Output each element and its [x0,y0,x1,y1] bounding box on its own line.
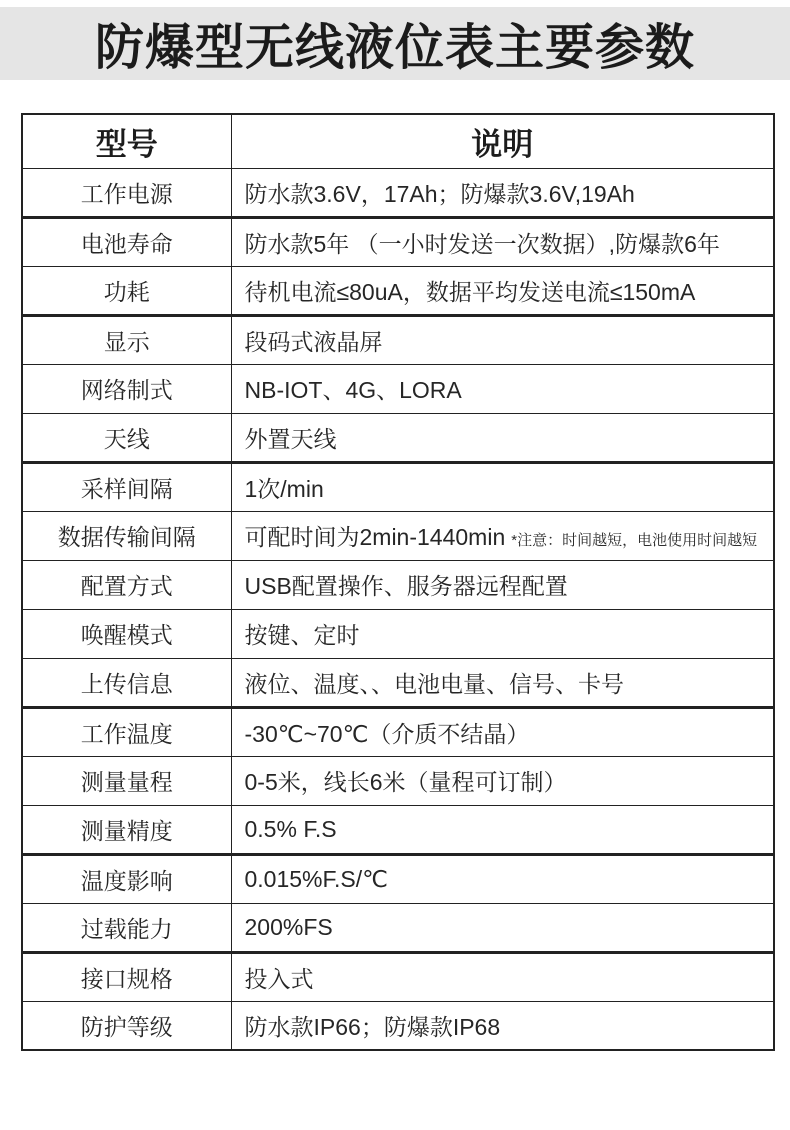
table-row: 网络制式NB-IOT、4G、LORA [22,364,774,413]
spec-label: 数据传输间隔 [22,511,231,560]
spec-label: 工作电源 [22,168,231,217]
header-row: 型号 说明 [22,114,774,168]
spec-label: 接口规格 [22,952,231,1001]
spec-value-cell: 0.015%F.S/℃ [231,854,774,903]
spec-label: 防护等级 [22,1001,231,1050]
spec-value: 按键、定时 [245,622,360,648]
spec-table: 型号 说明 工作电源防水款3.6V，17Ah；防爆款3.6V,19Ah电池寿命防… [21,113,775,1051]
spec-value-cell: 液位、温度、、电池电量、信号、卡号 [231,658,774,707]
spec-value: 段码式液晶屏 [245,329,383,355]
spec-value-cell: 按键、定时 [231,609,774,658]
spec-label: 显示 [22,315,231,364]
spec-label: 电池寿命 [22,217,231,266]
spec-value-cell: 外置天线 [231,413,774,462]
spec-value-cell: 防水款IP66；防爆款IP68 [231,1001,774,1050]
table-row: 测量量程0-5米，线长6米（量程可订制） [22,756,774,805]
spec-value-cell: 200%FS [231,903,774,952]
spec-label: 测量精度 [22,805,231,854]
table-row: 显示段码式液晶屏 [22,315,774,364]
spec-label: 采样间隔 [22,462,231,511]
spec-value: 0-5米，线长6米（量程可订制） [245,769,567,795]
spec-value: 防水款IP66；防爆款IP68 [245,1014,501,1040]
page-title: 防爆型无线液位表主要参数 [95,9,695,79]
table-row: 温度影响0.015%F.S/℃ [22,854,774,903]
spec-value-cell: 防水款5年 （一小时发送一次数据）,防爆款6年 [231,217,774,266]
spec-table-body: 工作电源防水款3.6V，17Ah；防爆款3.6V,19Ah电池寿命防水款5年 （… [22,168,774,1050]
table-row: 工作电源防水款3.6V，17Ah；防爆款3.6V,19Ah [22,168,774,217]
table-row: 数据传输间隔可配时间为2min-1440min*注意：时间越短，电池使用时间越短 [22,511,774,560]
spec-value: 1次/min [245,476,324,502]
spec-label: 天线 [22,413,231,462]
spec-value: 液位、温度、、电池电量、信号、卡号 [245,671,625,697]
spec-value: 0.015%F.S/℃ [245,866,388,892]
spec-label: 配置方式 [22,560,231,609]
spec-value-cell: 0.5% F.S [231,805,774,854]
spec-value-cell: USB配置操作、服务器远程配置 [231,560,774,609]
table-row: 防护等级防水款IP66；防爆款IP68 [22,1001,774,1050]
spec-value-cell: 投入式 [231,952,774,1001]
spec-value: 外置天线 [245,426,337,452]
spec-label: 功耗 [22,266,231,315]
spec-table-header: 型号 说明 [22,114,774,168]
spec-value: 200%FS [245,914,333,940]
table-row: 采样间隔1次/min [22,462,774,511]
column-header-description: 说明 [231,114,774,168]
spec-value: NB-IOT、4G、LORA [245,377,462,403]
table-row: 天线外置天线 [22,413,774,462]
title-banner: 防爆型无线液位表主要参数 [0,7,790,80]
spec-value-cell: NB-IOT、4G、LORA [231,364,774,413]
spec-label: 测量量程 [22,756,231,805]
table-row: 唤醒模式按键、定时 [22,609,774,658]
spec-value: USB配置操作、服务器远程配置 [245,573,568,599]
spec-value: 防水款5年 （一小时发送一次数据）,防爆款6年 [245,231,720,257]
table-row: 上传信息液位、温度、、电池电量、信号、卡号 [22,658,774,707]
spec-value-cell: 防水款3.6V，17Ah；防爆款3.6V,19Ah [231,168,774,217]
spec-label: 温度影响 [22,854,231,903]
spec-value: 投入式 [245,966,314,992]
spec-value-cell: 待机电流≤80uA，数据平均发送电流≤150mA [231,266,774,315]
spec-value: -30℃~70℃（介质不结晶） [245,721,530,747]
spec-value: 待机电流≤80uA，数据平均发送电流≤150mA [245,279,696,305]
spec-label: 上传信息 [22,658,231,707]
table-row: 过载能力200%FS [22,903,774,952]
spec-label: 工作温度 [22,707,231,756]
table-row: 工作温度-30℃~70℃（介质不结晶） [22,707,774,756]
spec-value: 防水款3.6V，17Ah；防爆款3.6V,19Ah [245,181,635,207]
spec-value: 0.5% F.S [245,816,337,842]
table-row: 测量精度0.5% F.S [22,805,774,854]
table-row: 电池寿命防水款5年 （一小时发送一次数据）,防爆款6年 [22,217,774,266]
spec-note: *注意：时间越短，电池使用时间越短 [511,532,757,549]
spec-value-cell: 可配时间为2min-1440min*注意：时间越短，电池使用时间越短 [231,511,774,560]
spec-label: 过载能力 [22,903,231,952]
table-row: 接口规格投入式 [22,952,774,1001]
spec-value: 可配时间为2min-1440min [245,524,506,550]
table-row: 功耗待机电流≤80uA，数据平均发送电流≤150mA [22,266,774,315]
spec-label: 唤醒模式 [22,609,231,658]
spec-label: 网络制式 [22,364,231,413]
spec-value-cell: -30℃~70℃（介质不结晶） [231,707,774,756]
spec-value-cell: 0-5米，线长6米（量程可订制） [231,756,774,805]
column-header-model: 型号 [22,114,231,168]
table-row: 配置方式USB配置操作、服务器远程配置 [22,560,774,609]
spec-value-cell: 段码式液晶屏 [231,315,774,364]
spec-value-cell: 1次/min [231,462,774,511]
